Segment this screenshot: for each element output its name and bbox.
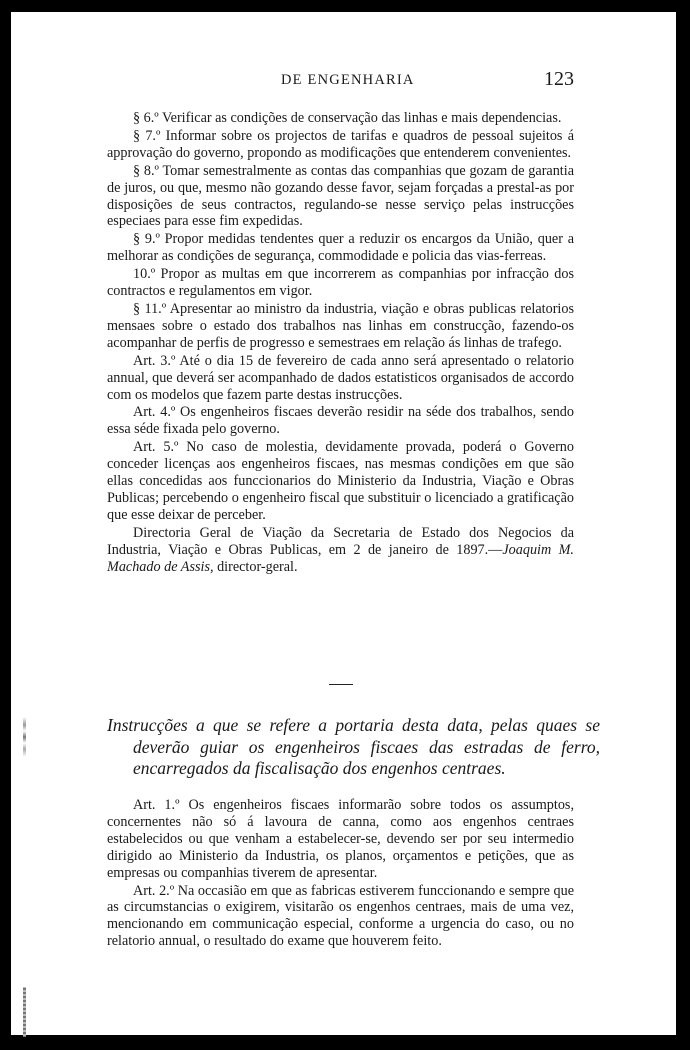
paragraph: Art. 1.º Os engenheiros fiscaes informar… [107, 797, 574, 882]
section-heading: Instrucções a que se refere a portaria d… [107, 715, 600, 780]
body-text-section-2: Art. 1.º Os engenheiros fiscaes informar… [107, 797, 574, 950]
paragraph: § 11.º Apresentar ao ministro da industr… [107, 301, 574, 352]
paragraph: § 7.º Informar sobre os projectos de tar… [107, 128, 574, 162]
paragraph: Art. 5.º No caso de molestia, devidament… [107, 439, 574, 524]
running-header: DE ENGENHARIA 123 [11, 68, 676, 92]
paragraph: Art. 4.º Os engenheiros fiscaes deverão … [107, 404, 574, 438]
scan-artifact [23, 987, 26, 1037]
running-title: DE ENGENHARIA [281, 72, 415, 89]
signatory-title: director-geral. [214, 559, 298, 575]
scan-artifact [23, 717, 26, 757]
body-text-section-1: § 6.º Verificar as condições de conserva… [107, 110, 574, 575]
paragraph: Art. 2.º Na occasião em que as fabricas … [107, 883, 574, 951]
closing-paragraph: Directoria Geral de Viação da Secretaria… [107, 525, 574, 576]
paragraph: § 6.º Verificar as condições de conserva… [107, 110, 574, 127]
paragraph: 10.º Propor as multas em que incorrerem … [107, 266, 574, 300]
page-number: 123 [544, 68, 574, 91]
paragraph: Art. 3.º Até o dia 15 de fevereiro de ca… [107, 353, 574, 404]
scanned-page: DE ENGENHARIA 123 § 6.º Verificar as con… [11, 12, 676, 1035]
paragraph: § 8.º Tomar semestralmente as contas das… [107, 163, 574, 231]
paragraph: § 9.º Propor medidas tendentes quer a re… [107, 231, 574, 265]
section-divider [329, 684, 353, 685]
